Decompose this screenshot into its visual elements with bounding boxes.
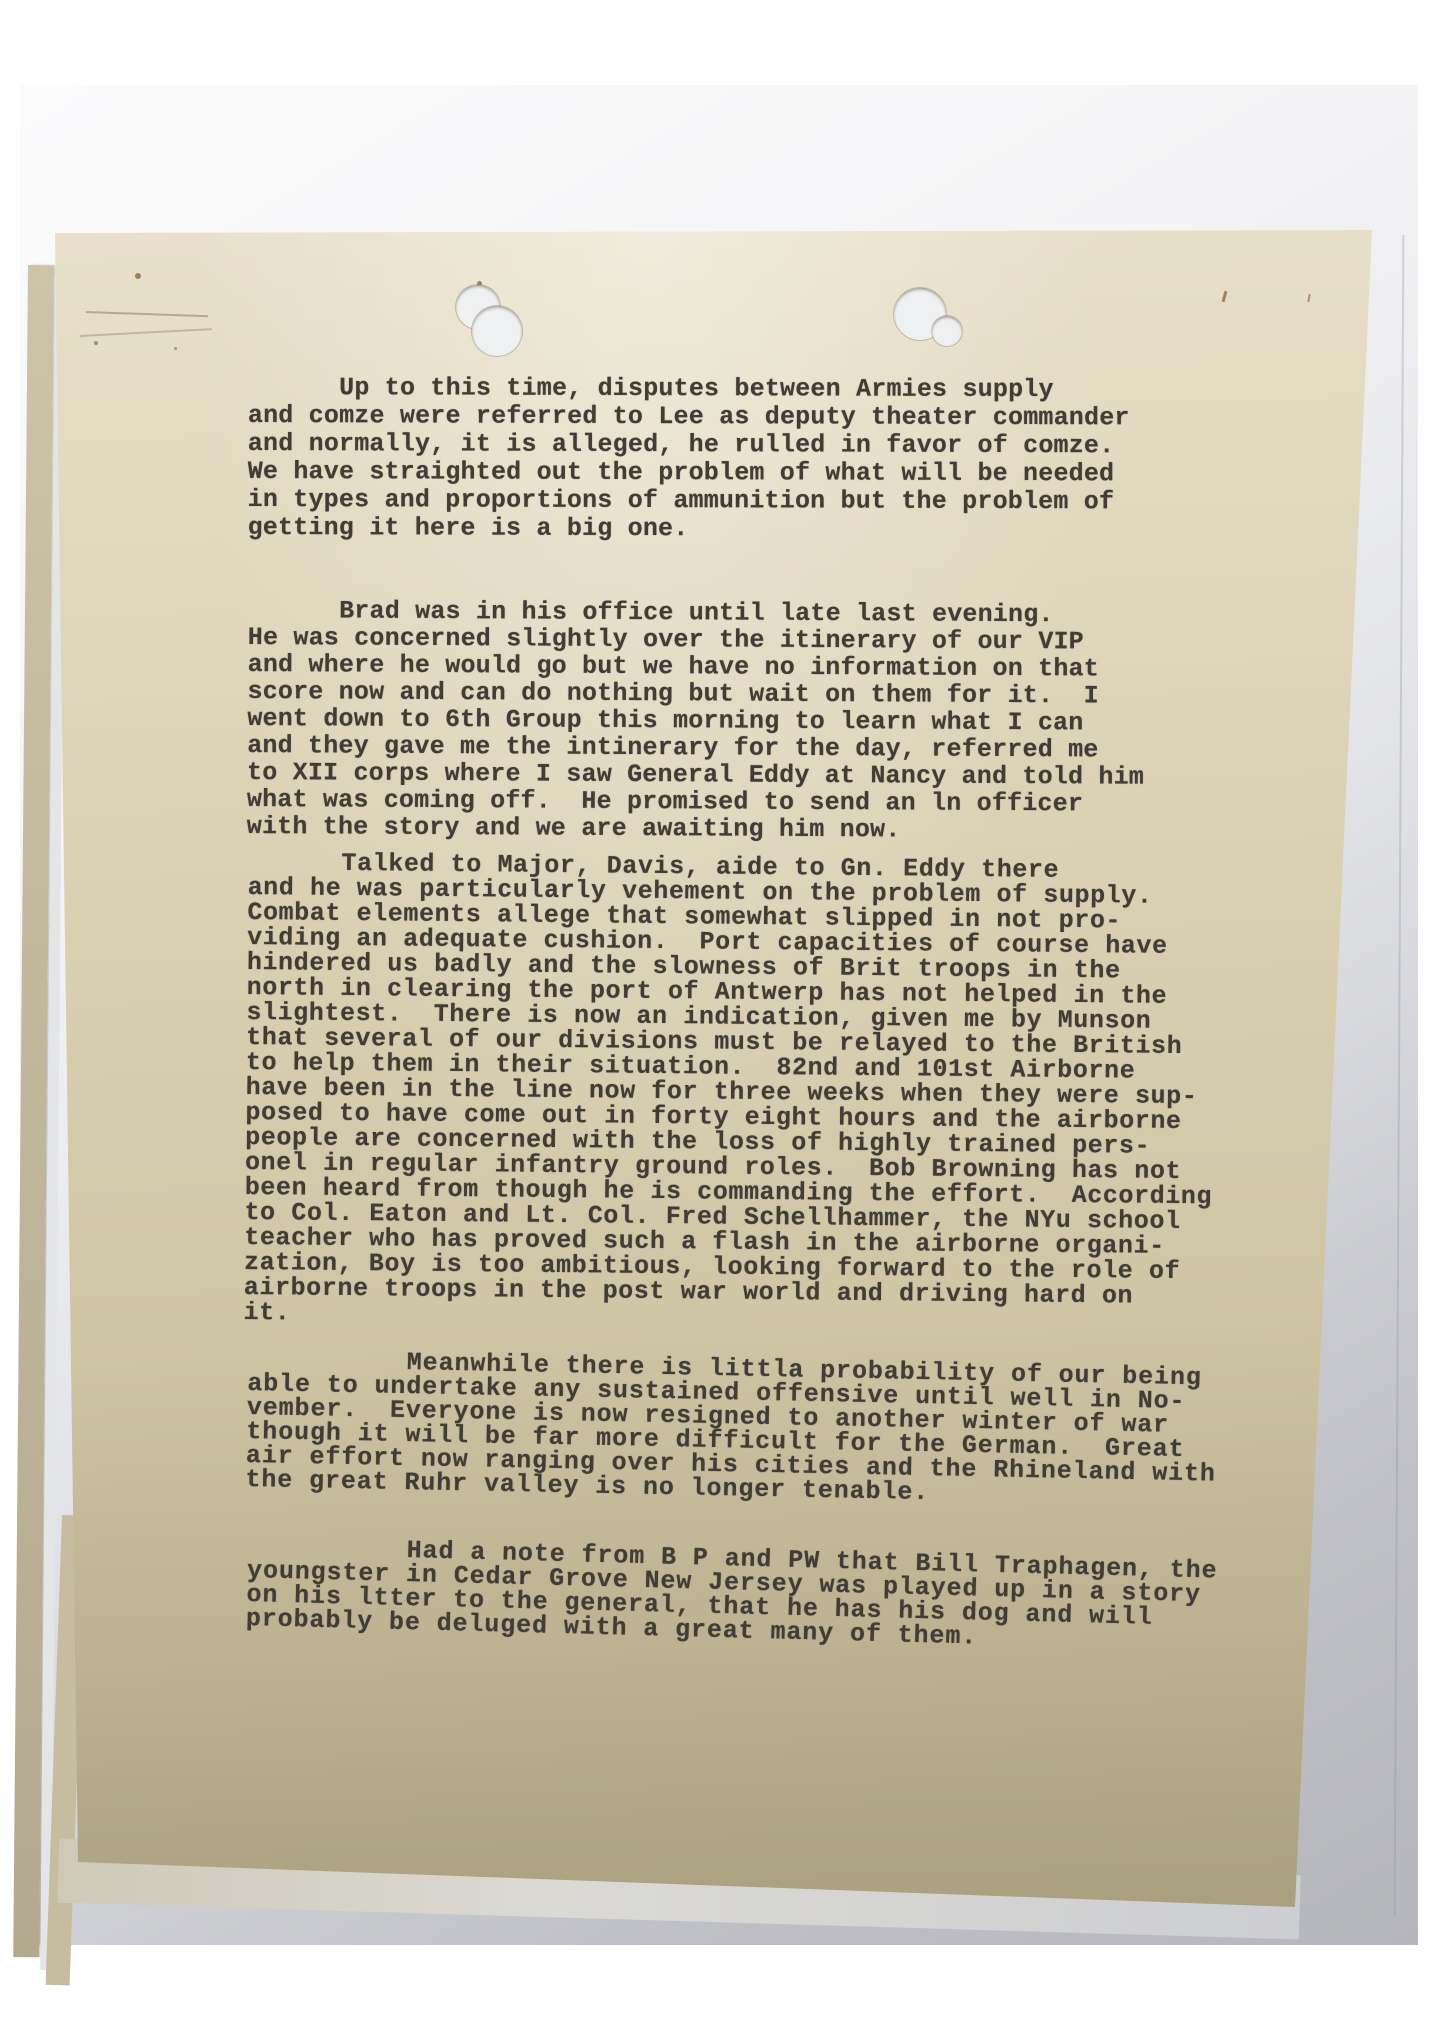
backdrop-sheet-edge xyxy=(1394,235,1405,1915)
paragraph-1: Up to this time, disputes between Armies… xyxy=(248,374,1130,544)
paragraph-3: Talked to Major, Davis, aide to Gn. Eddy… xyxy=(243,850,1215,1334)
document-page: Up to this time, disputes between Armies… xyxy=(20,85,1418,1945)
paragraph-4: Meanwhile there is littla probability of… xyxy=(245,1348,1218,1511)
paragraph-2: Brad was in his office until late last e… xyxy=(247,597,1145,845)
stain-speck xyxy=(174,347,177,350)
photo-backdrop: Up to this time, disputes between Armies… xyxy=(20,85,1418,1945)
stain-speck xyxy=(135,273,141,279)
stain-speck xyxy=(94,341,98,345)
scanned-document-view: Up to this time, disputes between Armies… xyxy=(0,0,1440,2038)
punch-hole-right xyxy=(932,316,962,346)
punch-hole-left xyxy=(472,306,522,356)
